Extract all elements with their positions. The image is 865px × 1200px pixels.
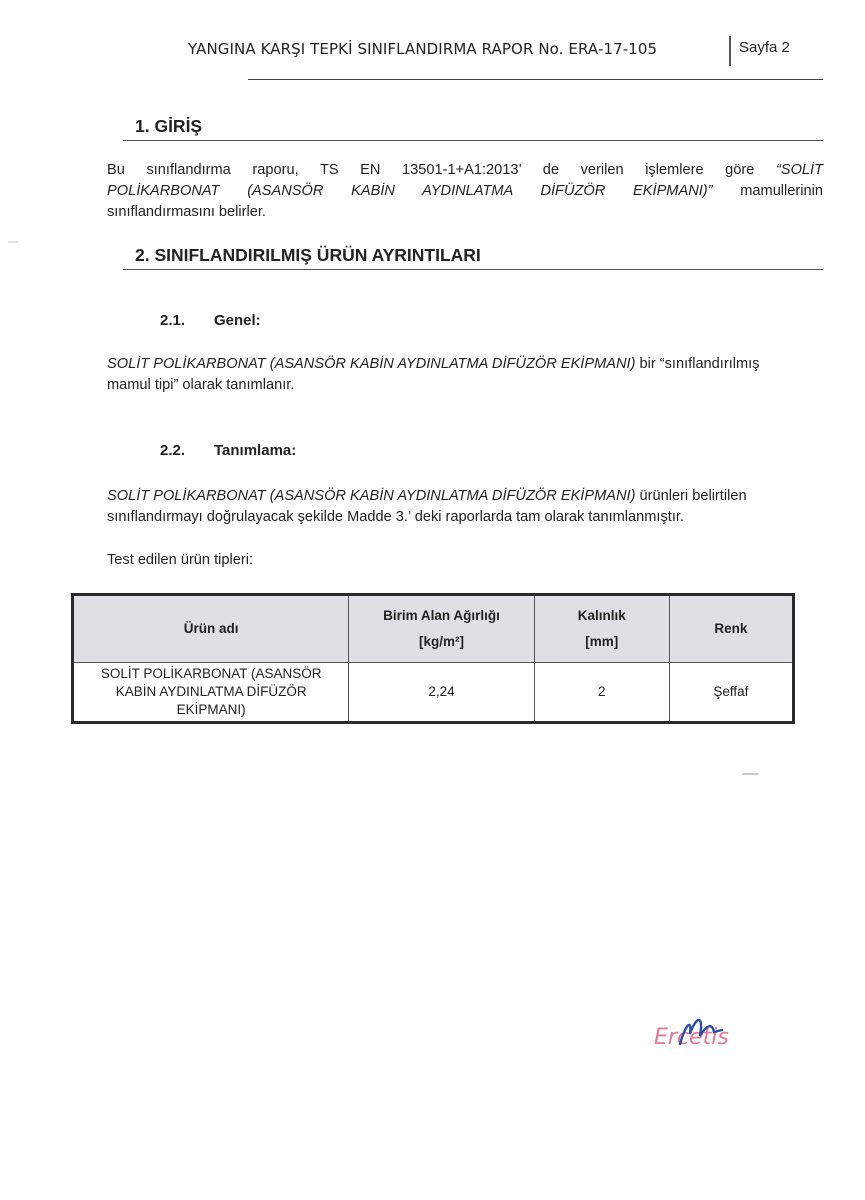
cell-product-name: SOLİT POLİKARBONAT (ASANSÖR KABİN AYDINL… bbox=[73, 663, 349, 723]
header-rule bbox=[248, 79, 823, 80]
header-separator bbox=[729, 36, 731, 66]
intro-line-1-text: Bu sınıflandırma raporu, TS EN 13501-1+A… bbox=[107, 162, 776, 178]
tested-products-table: Ürün adı Birim Alan Ağırlığı[kg/m²] Kalı… bbox=[71, 593, 795, 724]
identification-paragraph: SOLİT POLİKARBONAT (ASANSÖR KABİN AYDINL… bbox=[107, 486, 823, 528]
product-name-line: SOLİT POLİKARBONAT (ASANSÖR bbox=[101, 666, 322, 681]
header-text: Birim Alan Ağırlığı bbox=[383, 608, 500, 623]
intro-line-3: sınıflandırmasını belirler. bbox=[107, 202, 823, 223]
identification-line-2: sınıflandırmayı doğrulayacak şekilde Mad… bbox=[107, 507, 823, 528]
identification-line-1: SOLİT POLİKARBONAT (ASANSÖR KABİN AYDINL… bbox=[107, 486, 823, 507]
section-heading-details: 2. SINIFLANDIRILMIŞ ÜRÜN AYRINTILARI bbox=[135, 245, 481, 266]
scan-mark bbox=[742, 773, 758, 775]
subsection-number: 2.1. bbox=[160, 312, 214, 329]
identification-line-1-text: ürünleri belirtilen bbox=[635, 488, 746, 504]
report-title: YANGINA KARŞI TEPKİ SINIFLANDIRMA RAPOR … bbox=[188, 40, 657, 58]
intro-line-2: POLİKARBONAT (ASANSÖR KABİN AYDINLATMA D… bbox=[107, 181, 823, 202]
header-thickness: Kalınlık[mm] bbox=[534, 595, 669, 663]
subsection-title: Genel: bbox=[214, 312, 261, 329]
subsection-number: 2.2. bbox=[160, 442, 214, 459]
cell-unit-weight: 2,24 bbox=[349, 663, 534, 723]
scan-mark bbox=[8, 241, 18, 243]
intro-line-2-text: mamullerinin bbox=[713, 183, 823, 199]
subsection-heading-general: 2.1.Genel: bbox=[160, 312, 261, 329]
header-product-name: Ürün adı bbox=[73, 595, 349, 663]
intro-line-2-italic: POLİKARBONAT (ASANSÖR KABİN AYDINLATMA D… bbox=[107, 183, 713, 199]
product-name-line: KABİN AYDINLATMA DİFÜZÖR bbox=[116, 684, 307, 699]
intro-line-1-italic: “SOLİT bbox=[776, 162, 823, 178]
intro-line-1: Bu sınıflandırma raporu, TS EN 13501-1+A… bbox=[107, 160, 823, 181]
header-text: Ürün adı bbox=[184, 621, 239, 636]
general-line-1: SOLİT POLİKARBONAT (ASANSÖR KABİN AYDINL… bbox=[107, 354, 823, 375]
header-color: Renk bbox=[669, 595, 793, 663]
table-header-row: Ürün adı Birim Alan Ağırlığı[kg/m²] Kalı… bbox=[73, 595, 794, 663]
page-number: Sayfa 2 bbox=[739, 39, 790, 56]
signature-stamp: Ercetis bbox=[652, 1004, 762, 1052]
identification-line-1-italic: SOLİT POLİKARBONAT (ASANSÖR KABİN AYDINL… bbox=[107, 488, 635, 504]
product-name-line: EKİPMANI) bbox=[177, 702, 246, 717]
section-rule-details bbox=[123, 269, 823, 270]
header-unit: [mm] bbox=[585, 634, 618, 649]
general-line-2: mamul tipi” olarak tanımlanır. bbox=[107, 375, 823, 396]
header-text: Renk bbox=[714, 621, 747, 636]
subsection-heading-identification: 2.2.Tanımlama: bbox=[160, 442, 296, 459]
intro-paragraph: Bu sınıflandırma raporu, TS EN 13501-1+A… bbox=[107, 160, 823, 223]
section-rule-intro bbox=[123, 140, 823, 141]
cell-color: Şeffaf bbox=[669, 663, 793, 723]
table-row: SOLİT POLİKARBONAT (ASANSÖR KABİN AYDINL… bbox=[73, 663, 794, 723]
cell-thickness: 2 bbox=[534, 663, 669, 723]
subsection-title: Tanımlama: bbox=[214, 442, 296, 459]
general-line-1-italic: SOLİT POLİKARBONAT (ASANSÖR KABİN AYDINL… bbox=[107, 356, 635, 372]
page-header: YANGINA KARŞI TEPKİ SINIFLANDIRMA RAPOR … bbox=[0, 36, 865, 66]
header-unit-weight: Birim Alan Ağırlığı[kg/m²] bbox=[349, 595, 534, 663]
header-text: Kalınlık bbox=[578, 608, 626, 623]
tested-types-label: Test edilen ürün tipleri: bbox=[107, 550, 823, 571]
general-paragraph: SOLİT POLİKARBONAT (ASANSÖR KABİN AYDINL… bbox=[107, 354, 823, 396]
general-line-1-text: bir “sınıflandırılmış bbox=[635, 356, 759, 372]
header-unit: [kg/m²] bbox=[419, 634, 464, 649]
section-heading-intro: 1. GİRİŞ bbox=[135, 116, 202, 137]
